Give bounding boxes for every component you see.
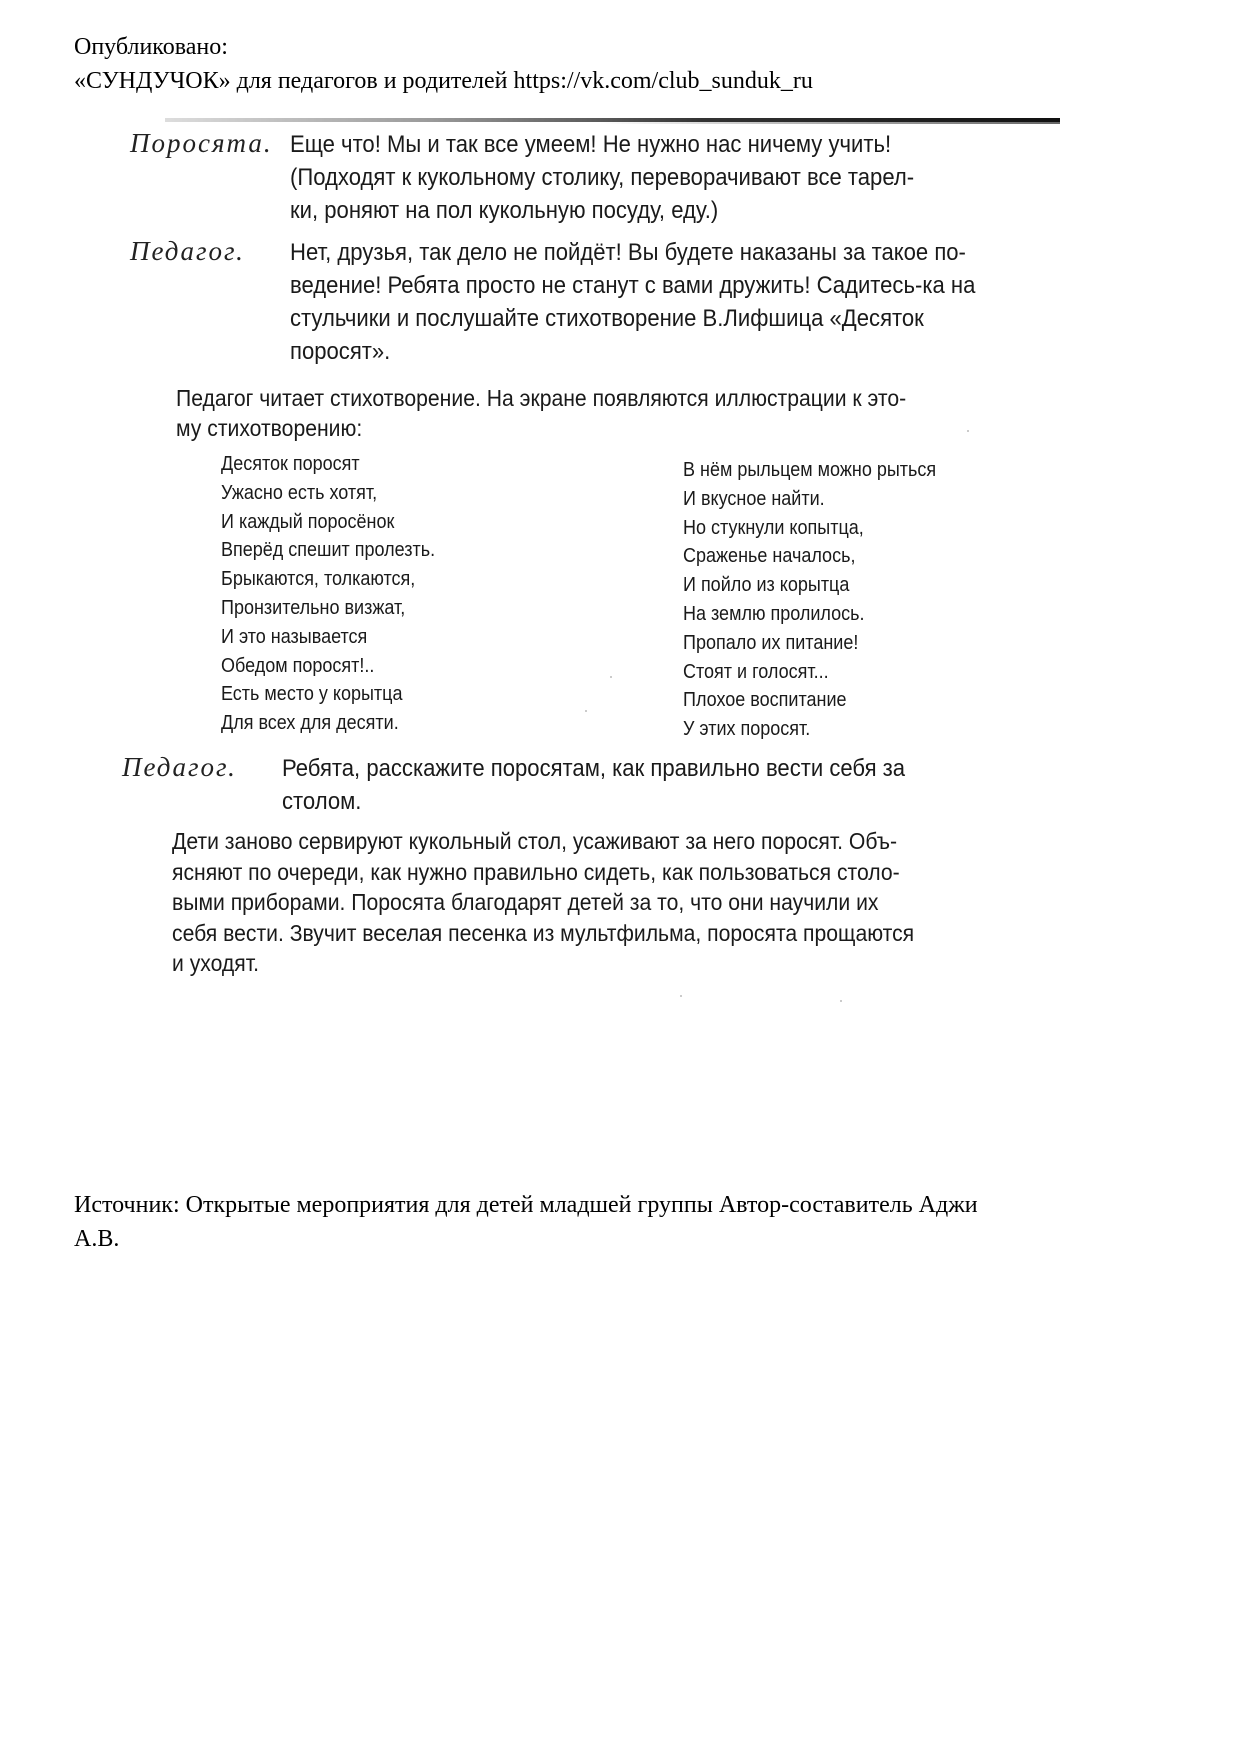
speech-line: ведение! Ребята просто не станут с вами … bbox=[290, 269, 998, 302]
speech-line: поросят». bbox=[290, 335, 998, 368]
poem-line: И пойло из корытца bbox=[683, 571, 936, 600]
note-line: себя вести. Звучит веселая песенка из му… bbox=[172, 918, 982, 949]
poem-line: Для всех для десяти. bbox=[221, 709, 435, 738]
poem-line: Обедом поросят!.. bbox=[221, 652, 435, 681]
stage-note-1: Педагог читает стихотворение. На экране … bbox=[176, 383, 986, 443]
poem-line: И это называется bbox=[221, 623, 435, 652]
poem-line: И вкусное найти. bbox=[683, 485, 936, 514]
poem-line: Плохое воспитание bbox=[683, 686, 936, 715]
poem-line: Есть место у корытца bbox=[221, 680, 435, 709]
speech-line: Нет, друзья, так дело не пойдёт! Вы буде… bbox=[290, 236, 998, 269]
scan-speck bbox=[967, 430, 969, 432]
speech-text: Ребята, расскажите поросятам, как правил… bbox=[282, 752, 990, 818]
poem-line: Брыкаются, толкаются, bbox=[221, 565, 435, 594]
speech-line: столом. bbox=[282, 785, 990, 818]
speech-line: Еще что! Мы и так все умеем! Не нужно на… bbox=[290, 128, 998, 161]
source-line: А.В. bbox=[74, 1222, 1194, 1256]
poem-line: Сраженье началось, bbox=[683, 542, 936, 571]
poem-line: Десяток поросят bbox=[221, 450, 435, 479]
speech-line: ки, роняют на пол кукольную посуду, еду.… bbox=[290, 194, 998, 227]
poem-line: Пронзительно визжат, bbox=[221, 594, 435, 623]
stage-note-2: Дети заново сервируют кукольный стол, ус… bbox=[172, 826, 982, 979]
poem-line: Стоят и голосят... bbox=[683, 658, 936, 687]
note-line: выми приборами. Поросята благодарят дете… bbox=[172, 887, 982, 918]
poem-line: Вперёд спешит пролезть. bbox=[221, 536, 435, 565]
scan-speck bbox=[840, 1000, 842, 1002]
speaker-label: Педагог. bbox=[122, 752, 237, 783]
speaker-label: Педагог. bbox=[130, 236, 245, 267]
poem-line: У этих поросят. bbox=[683, 715, 936, 744]
note-line: Дети заново сервируют кукольный стол, ус… bbox=[172, 826, 982, 857]
scan-speck bbox=[610, 676, 612, 678]
scan-speck bbox=[585, 710, 587, 712]
top-rule-shadow bbox=[600, 122, 1060, 124]
speech-text: Еще что! Мы и так все умеем! Не нужно на… bbox=[290, 128, 998, 227]
poem-column-left: Десяток поросят Ужасно есть хотят, И каж… bbox=[221, 450, 435, 738]
source-footer: Источник: Открытые мероприятия для детей… bbox=[74, 1188, 1194, 1256]
note-line: и уходят. bbox=[172, 948, 982, 979]
poem-line: Но стукнули копытца, bbox=[683, 514, 936, 543]
scanned-page: Поросята. Еще что! Мы и так все умеем! Н… bbox=[0, 0, 1240, 1754]
speaker-label: Поросята. bbox=[130, 128, 273, 159]
speech-line: стульчики и послушайте стихотворение В.Л… bbox=[290, 302, 998, 335]
poem-line: Пропало их питание! bbox=[683, 629, 936, 658]
speech-line: Ребята, расскажите поросятам, как правил… bbox=[282, 752, 990, 785]
poem-line: На землю пролилось. bbox=[683, 600, 936, 629]
poem-line: И каждый поросёнок bbox=[221, 508, 435, 537]
note-line: му стихотворению: bbox=[176, 413, 986, 443]
speech-text: Нет, друзья, так дело не пойдёт! Вы буде… bbox=[290, 236, 998, 368]
source-line: Источник: Открытые мероприятия для детей… bbox=[74, 1188, 1194, 1222]
note-line: Педагог читает стихотворение. На экране … bbox=[176, 383, 986, 413]
poem-line: В нём рыльцем можно рыться bbox=[683, 456, 936, 485]
scan-speck bbox=[680, 995, 682, 997]
poem-line: Ужасно есть хотят, bbox=[221, 479, 435, 508]
poem-column-right: В нём рыльцем можно рыться И вкусное най… bbox=[683, 456, 936, 744]
note-line: ясняют по очереди, как нужно правильно с… bbox=[172, 857, 982, 888]
speech-line: (Подходят к кукольному столику, перевора… bbox=[290, 161, 998, 194]
